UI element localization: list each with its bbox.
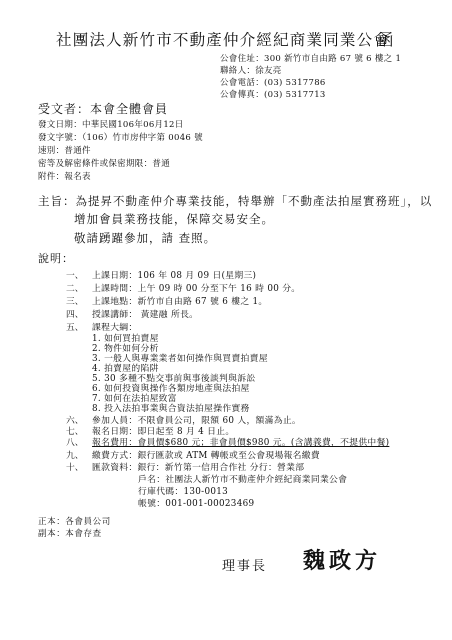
- subject-line-3: 敬請踴躍參加，請 查照。: [74, 230, 216, 246]
- subject-line-1: 主旨：為提昇不動產仲介專業技能，特舉辦「不動產法拍屋實務班」，以: [38, 192, 432, 211]
- contact-fax: 公會傳真：(03) 5317713: [220, 88, 326, 100]
- item-text: 上課日期：106 年 08 月 09 日(星期三): [92, 268, 256, 281]
- contact-person: 聯絡人：徐友亮: [220, 64, 282, 76]
- urgency: 速別：普通件: [38, 144, 91, 156]
- item-text: 上課時間：上午 09 時 00 分至下午 16 時 00 分。: [92, 281, 300, 294]
- item-num: 四、: [66, 307, 84, 320]
- carbon-copy: 副本：本會存查: [38, 527, 102, 539]
- classification: 密等及解密條件或保密期限：普通: [38, 157, 170, 169]
- signature-title: 理事長: [222, 555, 267, 574]
- item-num: 三、: [66, 294, 84, 307]
- item-num: 一、: [66, 268, 84, 281]
- fee-text: 報名費用：會員價$680 元；非會員價$980 元。(含講義費，不提供中餐): [92, 435, 389, 448]
- item-text: 授課講師： 黃建融 所長。: [92, 307, 198, 320]
- explanation-label: 說明：: [38, 250, 74, 266]
- contact-phone: 公會電話：(03) 5317786: [220, 76, 326, 88]
- item-num: 十、: [66, 460, 84, 473]
- item-num: 五、: [66, 320, 84, 333]
- item-num: 二、: [66, 281, 84, 294]
- issue-date: 發文日期：中華民國106年06月12日: [38, 118, 184, 130]
- item-num: 八、: [66, 435, 84, 448]
- issue-number: 發文字號：（106）竹市房仲字第 0046 號: [38, 131, 203, 143]
- doc-type: 函: [378, 28, 394, 50]
- org-title: 社團法人新竹市不動產仲介經紀商業同業公會: [56, 28, 390, 50]
- contact-address: 公會住址：300 新竹市自由路 67 號 6 樓之 1: [220, 52, 401, 64]
- account-number: 帳號：001-001-00023469: [138, 496, 254, 509]
- original-copy: 正本：各會員公司: [38, 515, 111, 527]
- signature-name: 魏政方: [303, 544, 381, 575]
- recipient: 受文者：本會全體會員: [38, 100, 168, 117]
- item-text: 上課地點：新竹市自由路 67 號 6 樓之 1。: [92, 294, 268, 307]
- subject-line-2: 增加會員業務技能，保障交易安全。: [74, 211, 274, 227]
- attachment: 附件：報名表: [38, 170, 91, 182]
